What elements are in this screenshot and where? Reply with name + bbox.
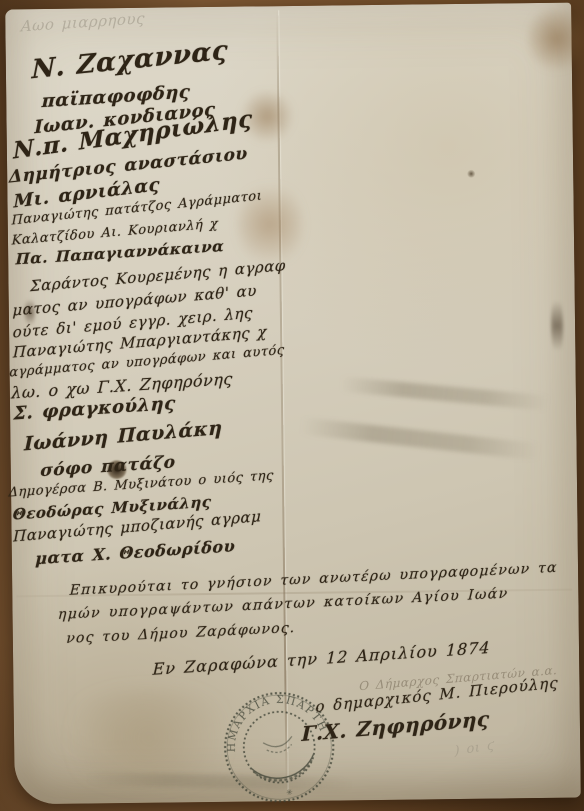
handwritten-line-18: Ιωάννη Παυλάκη [24, 417, 223, 455]
manuscript-photo: ΔΗΜΑΡΧΙΑ ΣΠΑΡΤΗΣ ✳ Αωο μιαρρηουςΝ. Ζαχαν… [0, 0, 584, 811]
ink-showthrough-1 [340, 376, 550, 410]
document-paper: ΔΗΜΑΡΧΙΑ ΣΠΑΡΤΗΣ ✳ Αωο μιαρρηουςΝ. Ζαχαν… [5, 3, 581, 805]
fox-spot [467, 170, 475, 178]
handwritten-line-1: Αωο μιαρρηους [21, 9, 146, 35]
fold-crease-vertical [276, 10, 288, 790]
handwritten-line-2: Ν. Ζαχαννας [32, 36, 229, 86]
handwriting-layer: ΔΗΜΑΡΧΙΑ ΣΠΑΡΤΗΣ ✳ Αωο μιαρρηουςΝ. Ζαχαν… [0, 0, 584, 811]
mark-right-edge [551, 293, 564, 359]
ink-showthrough-2 [300, 417, 540, 460]
handwritten-line-31: ) οι ϛ [454, 738, 495, 759]
handwritten-line-26: νος του Δήμου Ζαράφωνος. [66, 620, 296, 647]
stamp-rosette-icon: ✳ [285, 788, 294, 798]
stain-top-right [527, 2, 584, 75]
